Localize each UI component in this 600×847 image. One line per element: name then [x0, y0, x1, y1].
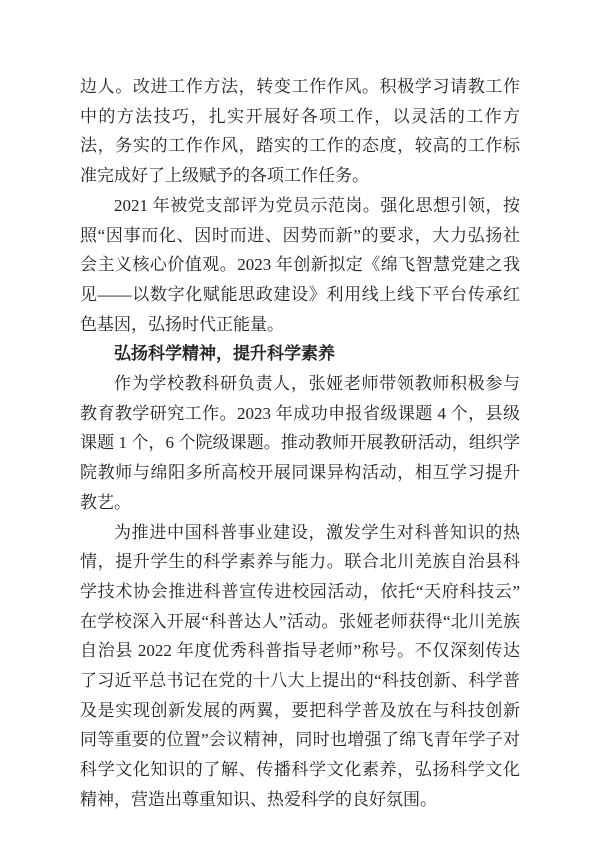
- section-heading: 弘扬科学精神，提升科学素养: [80, 339, 520, 369]
- body-paragraph: 作为学校教科研负责人，张娅老师带领教师积极参与教育教学研究工作。2023 年成功…: [80, 369, 520, 518]
- body-paragraph: 2021 年被党支部评为党员示范岗。强化思想引领，按照“因事而化、因时而进、因势…: [80, 191, 520, 340]
- document-page: 边人。改进工作方法，转变工作作风。积极学习请教工作中的方法技巧，扎实开展好各项工…: [0, 0, 600, 847]
- body-paragraph: 为推进中国科普事业建设，激发学生对科普知识的热情，提升学生的科学素养与能力。联合…: [80, 518, 520, 815]
- body-paragraph: 边人。改进工作方法，转变工作作风。积极学习请教工作中的方法技巧，扎实开展好各项工…: [80, 72, 520, 191]
- document-content: 边人。改进工作方法，转变工作作风。积极学习请教工作中的方法技巧，扎实开展好各项工…: [80, 72, 520, 815]
